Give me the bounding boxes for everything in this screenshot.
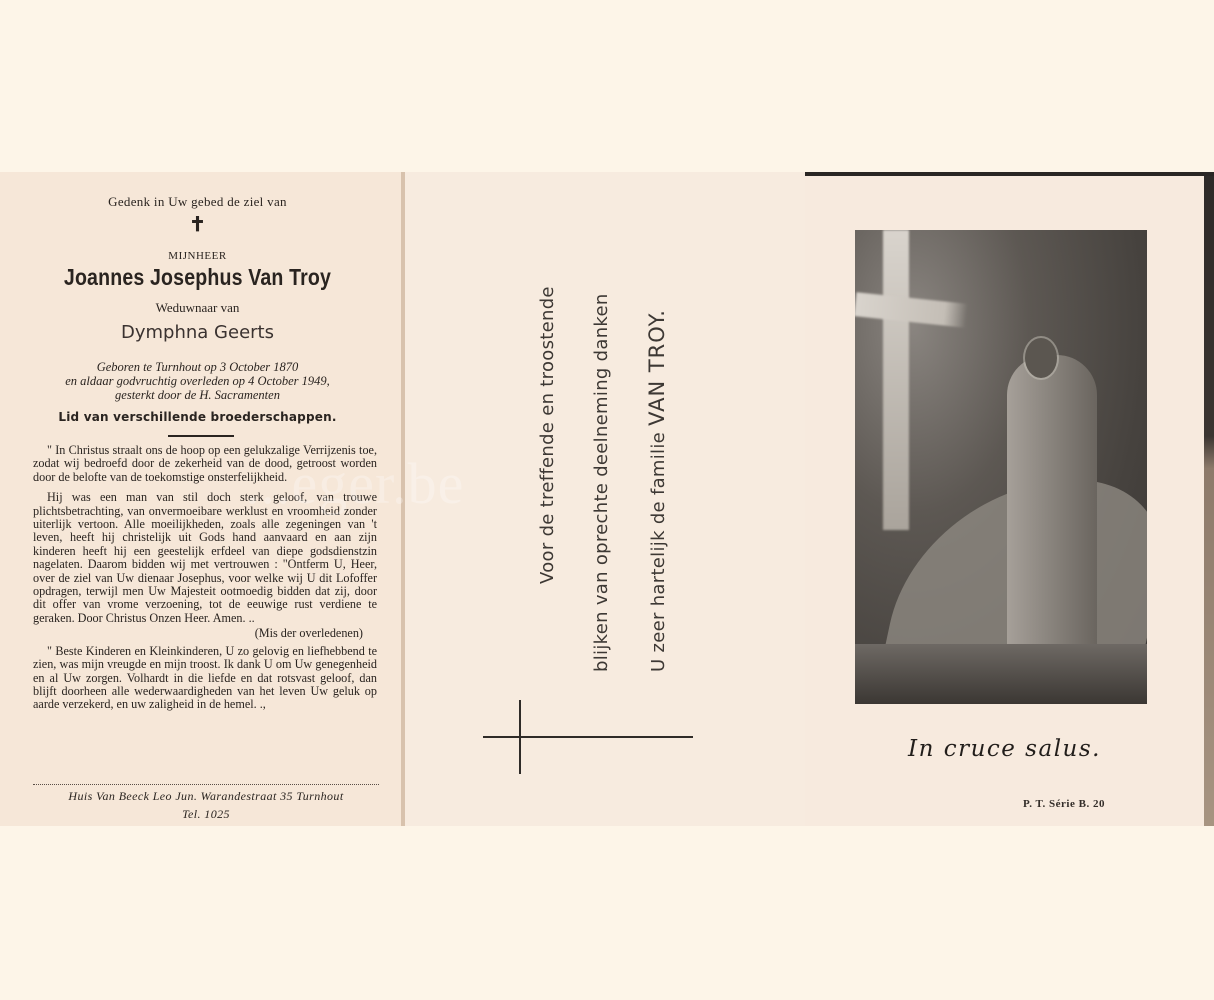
cross-icon: ✝ [0,212,395,237]
intro-line: Gedenk in Uw gebed de ziel van [0,194,395,210]
spouse-name: Dymphna Geerts [0,322,395,343]
widower-label: Weduwnaar van [0,300,395,316]
address-line [483,736,693,738]
death-line: en aldaar godvruchtig overleden op 4 Oct… [0,374,395,388]
thanks-line-1: Voor de treffende en troostende [537,286,558,584]
thank-you-panel: Voor de treffende en troostende blijken … [405,172,805,826]
card-edge [1204,176,1214,826]
dotted-divider [33,784,379,785]
glowing-cross-icon [883,230,909,530]
printer-imprint: Huis Van Beeck Leo Jun. Warandestraat 35… [33,784,379,823]
devotional-illustration [855,230,1147,704]
birth-line: Geboren te Turnhout op 3 October 1870 [0,360,395,374]
printer-phone: Tel. 1025 [33,805,379,823]
honorific: MIJNHEER [0,250,395,262]
paragraph: Hij was een man van stil doch sterk gelo… [33,491,377,625]
printer-name: Huis Van Beeck Leo Jun. Warandestraat 35… [33,787,379,805]
divider [168,435,234,437]
membership-line: Lid van verschillende broederschappen. [0,410,395,424]
series-number: P. T. Série B. 20 [1023,798,1105,810]
robed-figure [1007,355,1097,655]
life-dates: Geboren te Turnhout op 3 October 1870 en… [0,360,395,402]
motto: In cruce salus. [805,736,1204,762]
prayer-text: " In Christus straalt ons de hoop op een… [33,444,377,719]
glowing-cross-beam [855,292,968,328]
paragraph: " In Christus straalt ons de hoop op een… [33,444,377,484]
thanks-line-3-prefix: U zeer hartelijk de familie [648,432,669,672]
source-citation: (Mis der overledenen) [33,627,363,640]
sacraments-line: gesterkt door de H. Sacramenten [0,388,395,402]
thanks-line-2: blijken van oprechte deelneming danken [591,293,612,672]
deceased-name: Joannes Josephus Van Troy [30,264,366,291]
family-name: VAN TROY. [645,309,669,426]
halo-head [1025,338,1057,378]
thanks-line-3: U zeer hartelijk de familie VAN TROY. [645,309,669,672]
memorial-card-text-panel: Gedenk in Uw gebed de ziel van ✝ MIJNHEE… [0,172,405,826]
ground [855,644,1147,704]
devotional-image-panel: In cruce salus. P. T. Série B. 20 [805,172,1214,826]
paragraph: " Beste Kinderen en Kleinkinderen, U zo … [33,645,377,712]
